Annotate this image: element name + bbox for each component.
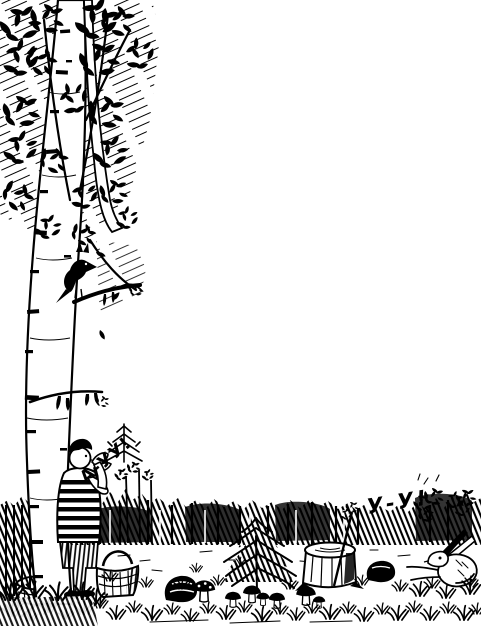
forest-calling-illustration: У-У! xyxy=(0,0,481,626)
book-illustration-page: У-У! xyxy=(0,0,481,626)
